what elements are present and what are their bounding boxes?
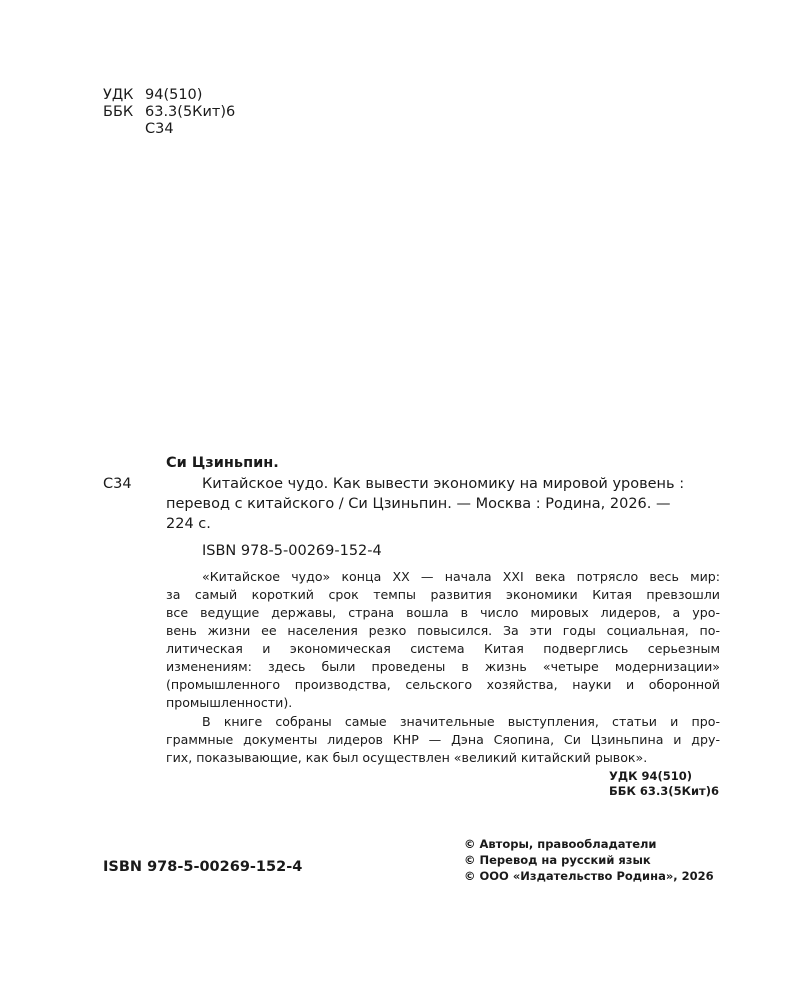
bbk-row: ББК63.3(5Кит)6 <box>103 104 235 121</box>
abstract-line: литическая и экономическая система Китая… <box>166 640 720 658</box>
copyright-line: © Перевод на русский язык <box>464 852 714 868</box>
bottom-classification: УДК 94(510) ББК 63.3(5Кит)6 <box>609 769 719 799</box>
abstract-line: все ведущие державы, страна вошла в числ… <box>166 604 720 622</box>
bbk-value: 63.3(5Кит)6 <box>145 104 235 120</box>
copyright-line: © ООО «Издательство Родина», 2026 <box>464 868 714 884</box>
abstract-line: гих, показывающие, как был осуществлен «… <box>166 749 720 767</box>
abstract-line: В книге собраны самые значительные высту… <box>166 713 720 731</box>
abstract-line: граммные документы лидеров КНР — Дэна Ся… <box>166 731 720 749</box>
abstract-line: промышленности). <box>166 694 720 712</box>
copyright-line: © Авторы, правообладатели <box>464 836 714 852</box>
abstract-line: изменениям: здесь были проведены в жизнь… <box>166 658 720 676</box>
title-line-3: 224 с. <box>166 516 211 532</box>
abstract-line: вень жизни ее населения резко повысился.… <box>166 622 720 640</box>
abstract-line: «Китайское чудо» конца XX — начала XXI в… <box>166 568 720 586</box>
card-isbn: ISBN 978-5-00269-152-4 <box>202 543 382 559</box>
bottom-isbn: ISBN 978-5-00269-152-4 <box>103 859 302 875</box>
card-author-sign: С34 <box>103 476 132 492</box>
title-line-2: перевод с китайского / Си Цзиньпин. — Мо… <box>166 496 671 512</box>
author-heading: Си Цзиньпин. <box>166 455 279 471</box>
abstract-line: (промышленного производства, сельского х… <box>166 676 720 694</box>
abstract-line: за самый короткий срок темпы развития эк… <box>166 586 720 604</box>
bottom-bbk: ББК 63.3(5Кит)6 <box>609 784 719 799</box>
bbk-label: ББК <box>103 104 145 121</box>
copyright-block: © Авторы, правообладатели © Перевод на р… <box>464 836 714 884</box>
udk-label: УДК <box>103 87 145 104</box>
udk-value: 94(510) <box>145 87 202 103</box>
author-sign: С34 <box>145 121 174 137</box>
author-sign-row: С34 <box>103 121 235 138</box>
title-line-1: Китайское чудо. Как вывести экономику на… <box>202 476 684 492</box>
bottom-udk: УДК 94(510) <box>609 769 719 784</box>
udk-row: УДК94(510) <box>103 87 235 104</box>
classification-codes: УДК94(510) ББК63.3(5Кит)6 С34 <box>103 87 235 138</box>
